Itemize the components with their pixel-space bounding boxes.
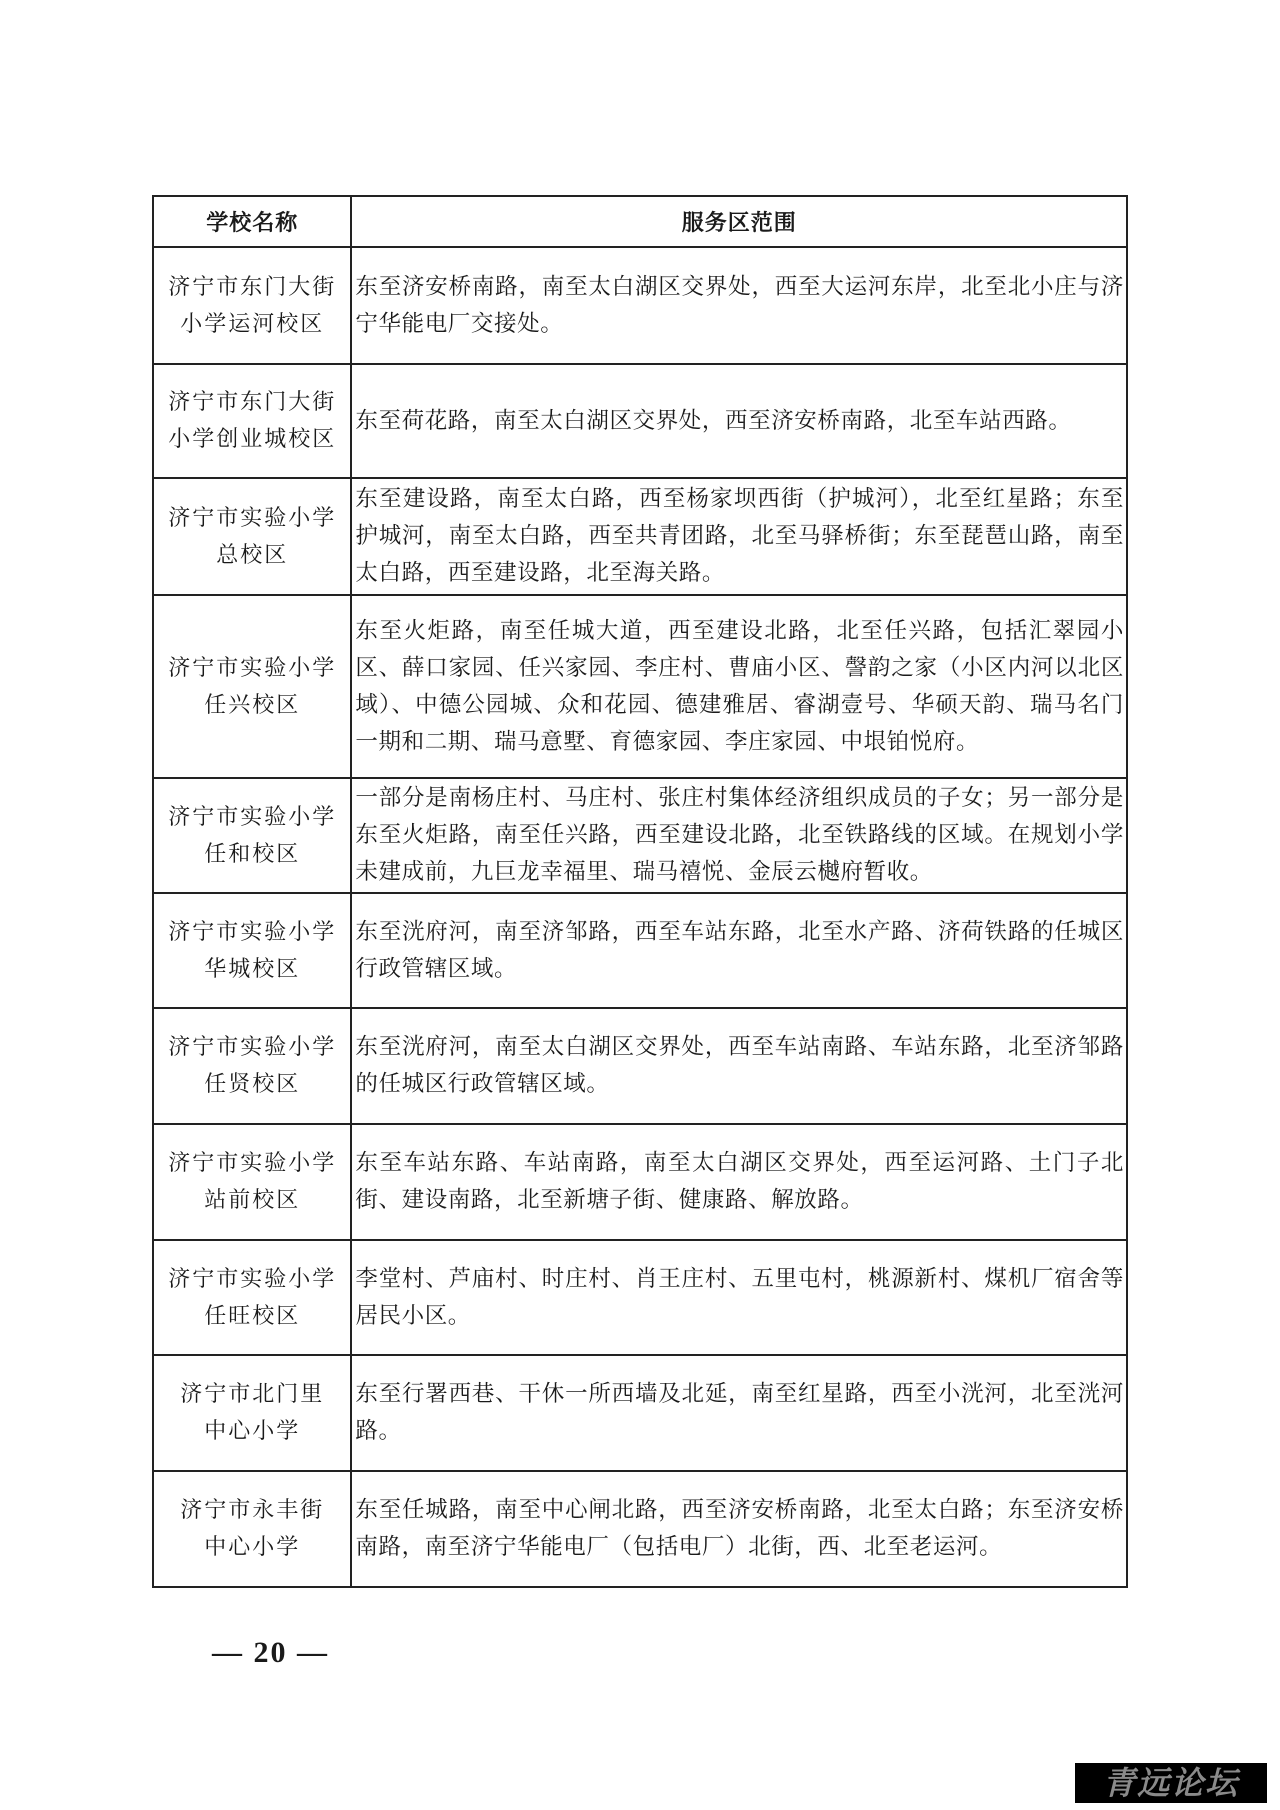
service-area-cell: 东至济安桥南路，南至太白湖区交界处，西至大运河东岸，北至北小庄与济宁华能电厂交接… [351,247,1127,364]
school-name-line2: 任旺校区 [158,1298,346,1335]
school-name-line2: 任贤校区 [158,1066,346,1103]
service-area-cell: 东至任城路，南至中心闸北路，西至济安桥南路，北至太白路；东至济安桥南路，南至济宁… [351,1471,1127,1587]
school-name-cell: 济宁市实验小学任兴校区 [153,595,351,778]
service-area-text: 东至任城路，南至中心闸北路，西至济安桥南路，北至太白路；东至济安桥南路，南至济宁… [355,1492,1124,1566]
service-area-text: 东至建设路，南至太白路，西至杨家坝西街（护城河），北至红星路；东至护城河，南至太… [355,481,1124,592]
school-name-line1: 济宁市实验小学 [158,500,346,537]
school-name-line1: 济宁市实验小学 [158,1261,346,1298]
school-name-cell: 济宁市实验小学任贤校区 [153,1008,351,1124]
table-body: 济宁市东门大街小学运河校区东至济安桥南路，南至太白湖区交界处，西至大运河东岸，北… [153,247,1127,1587]
service-area-cell: 一部分是南杨庄村、马庄村、张庄村集体经济组织成员的子女；另一部分是东至火炬路，南… [351,778,1127,893]
page-number: — 20 — [212,1636,329,1670]
header-school-name: 学校名称 [153,196,351,247]
school-name-line1: 济宁市实验小学 [158,650,346,687]
school-name-line2: 华城校区 [158,951,346,988]
table-row: 济宁市东门大街小学运河校区东至济安桥南路，南至太白湖区交界处，西至大运河东岸，北… [153,247,1127,364]
school-name-cell: 济宁市实验小学站前校区 [153,1124,351,1240]
school-name-line2: 任和校区 [158,836,346,873]
service-area-cell: 东至建设路，南至太白路，西至杨家坝西街（护城河），北至红星路；东至护城河，南至太… [351,478,1127,595]
school-name-cell: 济宁市实验小学任和校区 [153,778,351,893]
service-area-text: 东至洸府河，南至太白湖区交界处，西至车站南路、车站东路，北至济邹路的任城区行政管… [355,1029,1124,1103]
school-name-line1: 济宁市东门大街 [158,269,346,306]
service-area-cell: 东至荷花路，南至太白湖区交界处，西至济安桥南路，北至车站西路。 [351,364,1127,478]
table-header-row: 学校名称 服务区范围 [153,196,1127,247]
school-name-line2: 小学创业城校区 [158,421,346,458]
school-name-cell: 济宁市东门大街小学创业城校区 [153,364,351,478]
school-name-line2: 任兴校区 [158,687,346,724]
table-row: 济宁市东门大街小学创业城校区东至荷花路，南至太白湖区交界处，西至济安桥南路，北至… [153,364,1127,478]
table-row: 济宁市实验小学任和校区一部分是南杨庄村、马庄村、张庄村集体经济组织成员的子女；另… [153,778,1127,893]
school-name-cell: 济宁市北门里中心小学 [153,1355,351,1471]
school-name-line2: 总校区 [158,537,346,574]
table-row: 济宁市北门里中心小学东至行署西巷、干休一所西墙及北延，南至红星路，西至小洸河，北… [153,1355,1127,1471]
table-row: 济宁市实验小学总校区东至建设路，南至太白路，西至杨家坝西街（护城河），北至红星路… [153,478,1127,595]
table-row: 济宁市实验小学华城校区东至洸府河，南至济邹路，西至车站东路，北至水产路、济荷铁路… [153,893,1127,1008]
service-area-text: 东至火炬路，南至任城大道，西至建设北路，北至任兴路，包括汇翠园小区、薛口家园、任… [355,613,1124,761]
service-area-text: 东至车站东路、车站南路，南至太白湖区交界处，西至运河路、土门子北街、建设南路，北… [355,1145,1124,1219]
school-name-cell: 济宁市实验小学总校区 [153,478,351,595]
school-name-line1: 济宁市北门里 [158,1376,346,1413]
school-name-line1: 济宁市实验小学 [158,799,346,836]
school-name-line2: 中心小学 [158,1529,346,1566]
school-name-line2: 中心小学 [158,1413,346,1450]
forum-watermark-logo: 青远论坛 [1075,1763,1267,1803]
service-area-table: 学校名称 服务区范围 济宁市东门大街小学运河校区东至济安桥南路，南至太白湖区交界… [152,195,1128,1588]
school-name-line1: 济宁市实验小学 [158,1145,346,1182]
school-name-line1: 济宁市东门大街 [158,384,346,421]
service-area-cell: 东至火炬路，南至任城大道，西至建设北路，北至任兴路，包括汇翠园小区、薛口家园、任… [351,595,1127,778]
header-service-area: 服务区范围 [351,196,1127,247]
school-name-cell: 济宁市实验小学任旺校区 [153,1240,351,1355]
school-name-cell: 济宁市实验小学华城校区 [153,893,351,1008]
school-name-line1: 济宁市实验小学 [158,914,346,951]
service-area-cell: 东至洸府河，南至济邹路，西至车站东路，北至水产路、济荷铁路的任城区行政管辖区域。 [351,893,1127,1008]
school-name-line2: 小学运河校区 [158,306,346,343]
service-area-cell: 东至行署西巷、干休一所西墙及北延，南至红星路，西至小洸河，北至洸河路。 [351,1355,1127,1471]
table-row: 济宁市实验小学任兴校区东至火炬路，南至任城大道，西至建设北路，北至任兴路，包括汇… [153,595,1127,778]
service-area-text: 一部分是南杨庄村、马庄村、张庄村集体经济组织成员的子女；另一部分是东至火炬路，南… [355,780,1124,891]
service-area-cell: 东至洸府河，南至太白湖区交界处，西至车站南路、车站东路，北至济邹路的任城区行政管… [351,1008,1127,1124]
school-name-line1: 济宁市永丰街 [158,1492,346,1529]
school-name-cell: 济宁市东门大街小学运河校区 [153,247,351,364]
service-area-text: 李堂村、芦庙村、时庄村、肖王庄村、五里屯村，桃源新村、煤机厂宿舍等居民小区。 [355,1261,1124,1335]
school-name-line1: 济宁市实验小学 [158,1029,346,1066]
service-area-text: 东至行署西巷、干休一所西墙及北延，南至红星路，西至小洸河，北至洸河路。 [355,1376,1124,1450]
school-name-cell: 济宁市永丰街中心小学 [153,1471,351,1587]
service-area-cell: 李堂村、芦庙村、时庄村、肖王庄村、五里屯村，桃源新村、煤机厂宿舍等居民小区。 [351,1240,1127,1355]
service-area-cell: 东至车站东路、车站南路，南至太白湖区交界处，西至运河路、土门子北街、建设南路，北… [351,1124,1127,1240]
table-row: 济宁市永丰街中心小学东至任城路，南至中心闸北路，西至济安桥南路，北至太白路；东至… [153,1471,1127,1587]
table-row: 济宁市实验小学任旺校区李堂村、芦庙村、时庄村、肖王庄村、五里屯村，桃源新村、煤机… [153,1240,1127,1355]
school-name-line2: 站前校区 [158,1182,346,1219]
service-area-text: 东至荷花路，南至太白湖区交界处，西至济安桥南路，北至车站西路。 [355,403,1124,440]
table-row: 济宁市实验小学任贤校区东至洸府河，南至太白湖区交界处，西至车站南路、车站东路，北… [153,1008,1127,1124]
service-area-text: 东至济安桥南路，南至太白湖区交界处，西至大运河东岸，北至北小庄与济宁华能电厂交接… [355,269,1124,343]
service-area-text: 东至洸府河，南至济邹路，西至车站东路，北至水产路、济荷铁路的任城区行政管辖区域。 [355,914,1124,988]
table-row: 济宁市实验小学站前校区东至车站东路、车站南路，南至太白湖区交界处，西至运河路、土… [153,1124,1127,1240]
